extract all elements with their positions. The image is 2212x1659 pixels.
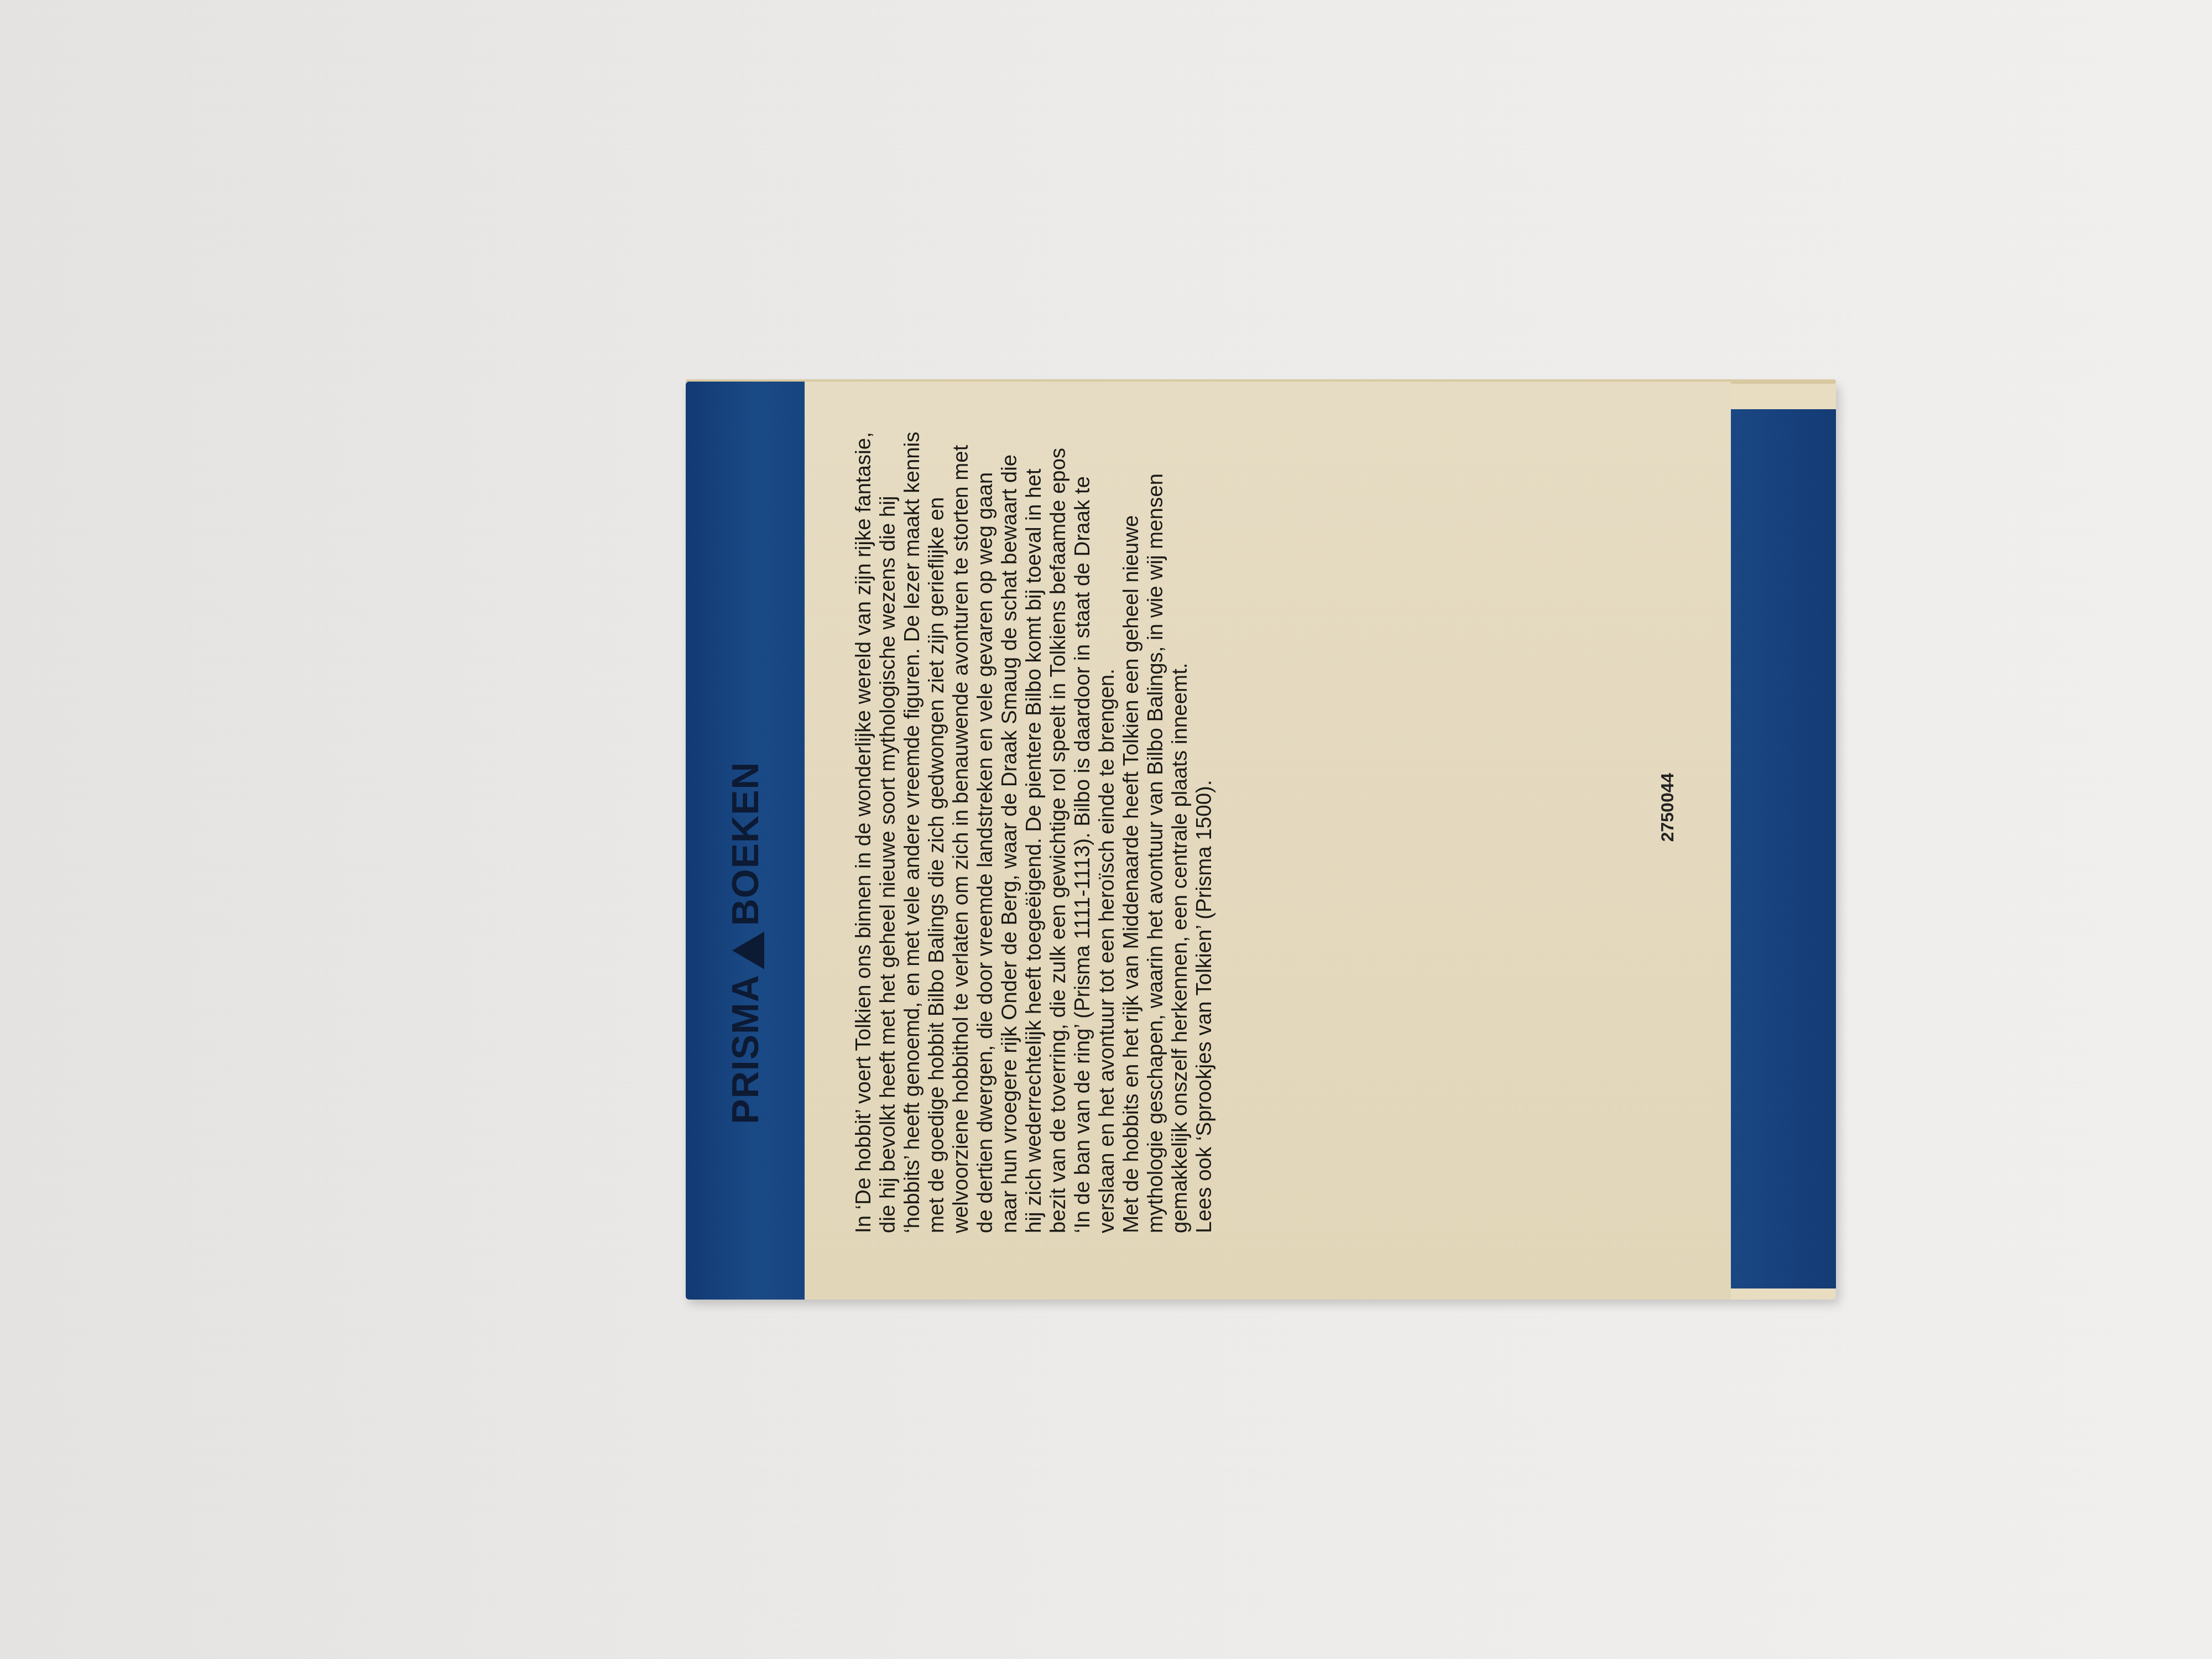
right-blue-band xyxy=(1731,409,1836,1288)
blurb-paragraph: Met de hobbits en het rijk van Middenaar… xyxy=(1119,431,1192,1233)
blurb-paragraph: In ‘De hobbit’ voert Tolkien ons binnen … xyxy=(852,431,1119,1233)
blurb-paragraph: Lees ook ‘Sprookjes van Tolkien’ (Prisma… xyxy=(1192,431,1217,1233)
book-back-cover: PRISMABOEKEN In ‘De hobbit’ voert Tolkie… xyxy=(686,382,1836,1300)
publisher-logo: PRISMABOEKEN xyxy=(724,761,767,1124)
blurb-text: In ‘De hobbit’ voert Tolkien ons binnen … xyxy=(852,431,1217,1233)
triangle-icon xyxy=(732,931,764,969)
brand-right: BOEKEN xyxy=(724,761,766,926)
brand-left: PRISMA xyxy=(724,974,766,1124)
catalog-code: 2750044 xyxy=(1657,773,1678,842)
